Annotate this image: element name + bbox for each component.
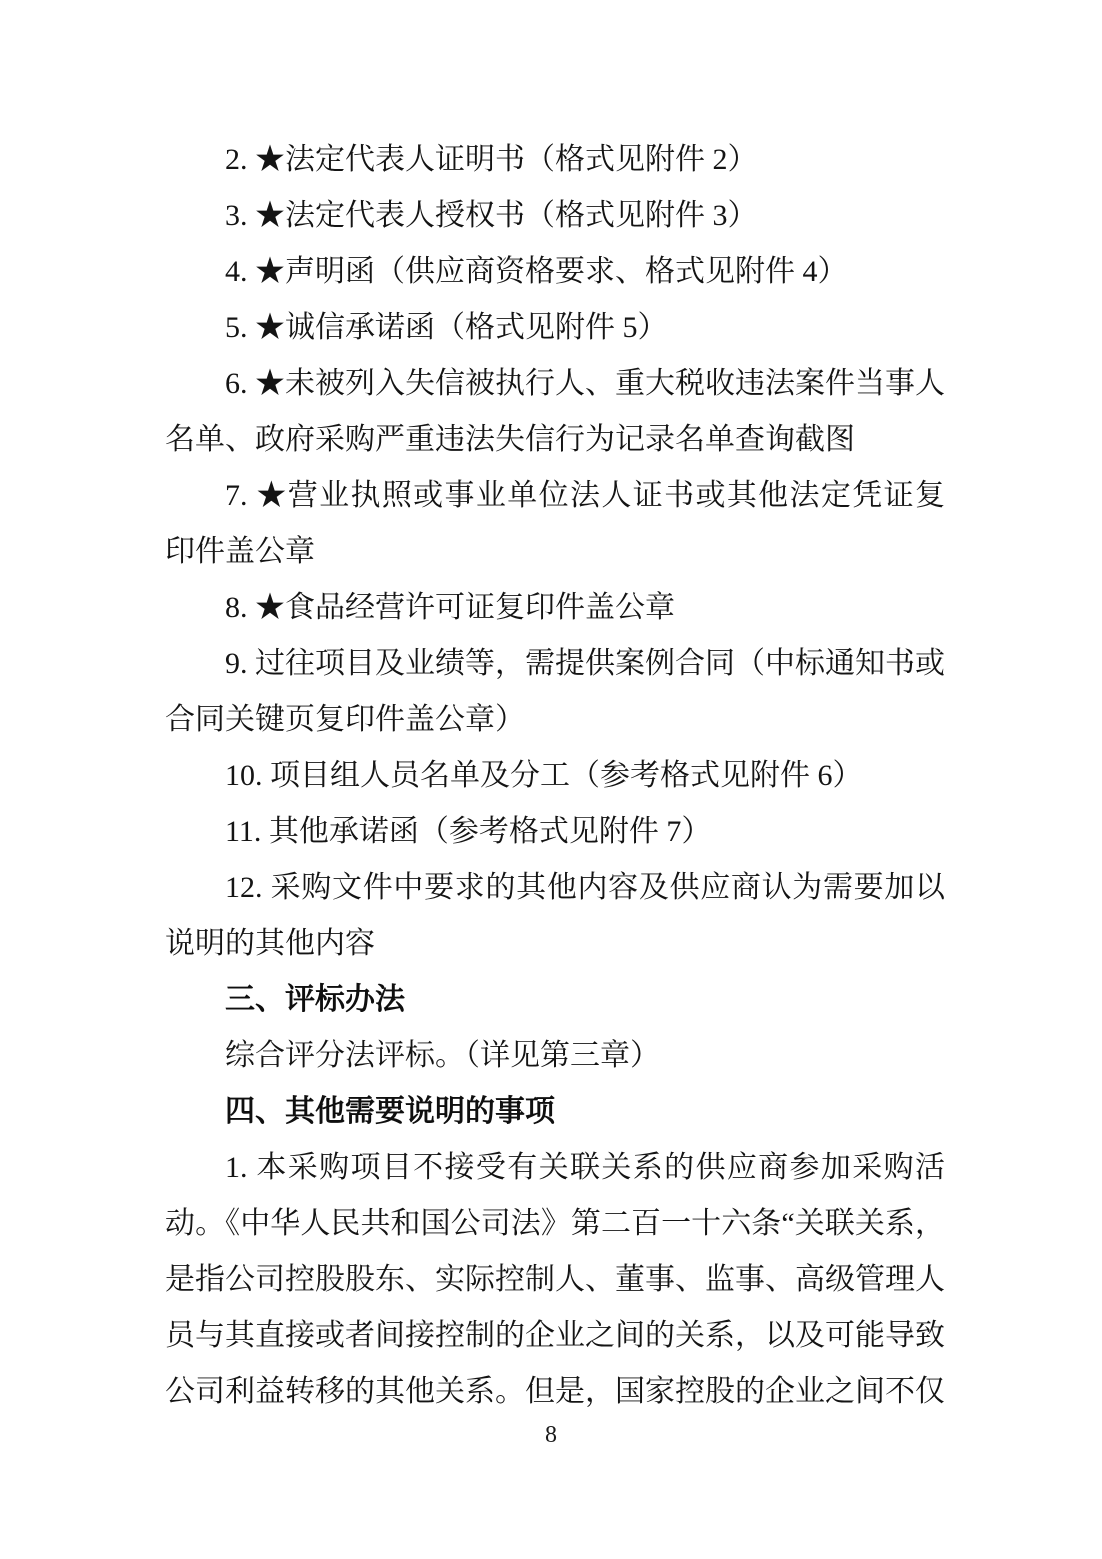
- text-line: 6. ★未被列入失信被执行人、重大税收违法案件当事人: [165, 356, 945, 412]
- document-body: 2. ★法定代表人证明书（格式见附件 2）3. ★法定代表人授权书（格式见附件 …: [165, 132, 945, 1420]
- text-line: 12. 采购文件中要求的其他内容及供应商认为需要加以: [165, 860, 945, 916]
- text-line: 名单、政府采购严重违法失信行为记录名单查询截图: [165, 412, 945, 468]
- text-line: 1. 本采购项目不接受有关联关系的供应商参加采购活: [165, 1140, 945, 1196]
- text-line: 2. ★法定代表人证明书（格式见附件 2）: [165, 132, 945, 188]
- text-line: 公司利益转移的其他关系。但是，国家控股的企业之间不仅: [165, 1364, 945, 1420]
- text-line: 是指公司控股股东、实际控制人、董事、监事、高级管理人: [165, 1252, 945, 1308]
- document-page: 2. ★法定代表人证明书（格式见附件 2）3. ★法定代表人授权书（格式见附件 …: [0, 0, 1102, 1559]
- text-line: 5. ★诚信承诺函（格式见附件 5）: [165, 300, 945, 356]
- text-line: 4. ★声明函（供应商资格要求、格式见附件 4）: [165, 244, 945, 300]
- page-number: 8: [0, 1420, 1102, 1450]
- section-heading: 三、评标办法: [165, 972, 945, 1028]
- text-line: 员与其直接或者间接控制的企业之间的关系，以及可能导致: [165, 1308, 945, 1364]
- section-heading: 四、其他需要说明的事项: [165, 1084, 945, 1140]
- text-line: 合同关键页复印件盖公章）: [165, 692, 945, 748]
- text-line: 7. ★营业执照或事业单位法人证书或其他法定凭证复: [165, 468, 945, 524]
- text-line: 3. ★法定代表人授权书（格式见附件 3）: [165, 188, 945, 244]
- text-line: 8. ★食品经营许可证复印件盖公章: [165, 580, 945, 636]
- text-line: 动。《中华人民共和国公司法》第二百一十六条“关联关系，: [165, 1196, 945, 1252]
- text-line: 10. 项目组人员名单及分工（参考格式见附件 6）: [165, 748, 945, 804]
- text-line: 11. 其他承诺函（参考格式见附件 7）: [165, 804, 945, 860]
- text-line: 9. 过往项目及业绩等，需提供案例合同（中标通知书或: [165, 636, 945, 692]
- text-line: 印件盖公章: [165, 524, 945, 580]
- text-line: 综合评分法评标。（详见第三章）: [165, 1028, 945, 1084]
- text-line: 说明的其他内容: [165, 916, 945, 972]
